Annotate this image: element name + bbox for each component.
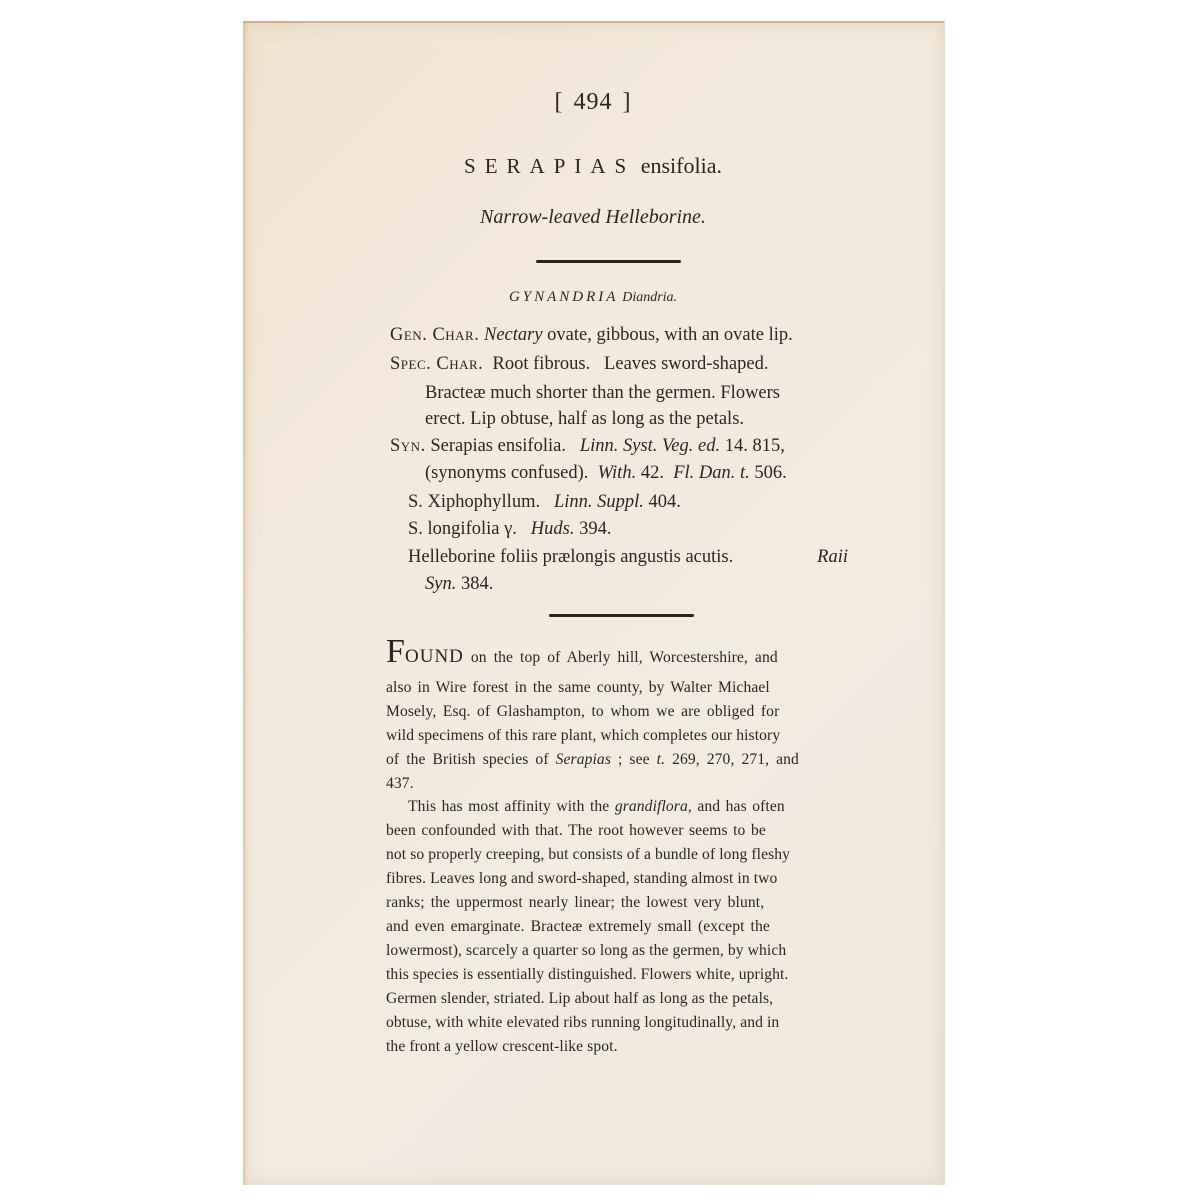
specific-character: Spec. Char. Root fibrous. Leaves sword-s…	[390, 354, 768, 375]
paragraph-line: also in Wire forest in the same county, …	[386, 679, 770, 697]
class-name: GYNANDRIA	[509, 289, 619, 305]
book-page: [494] SERAPIAS ensifolia. Narrow-leaved …	[243, 21, 945, 1185]
species-epithet: ensifolia.	[641, 153, 722, 178]
classification: GYNANDRIA Diandria.	[243, 289, 943, 306]
synonym-entry: Helleborine foliis prælongis angustis ac…	[408, 547, 848, 568]
species-title: SERAPIAS ensifolia.	[243, 153, 943, 179]
drop-cap: F	[386, 633, 405, 670]
syn-label: Syn.	[390, 436, 426, 456]
specific-character-line: erect. Lip obtuse, half as long as the p…	[425, 409, 744, 430]
order-name: Diandria.	[622, 290, 677, 305]
divider-rule	[549, 614, 694, 617]
paragraph-line: been confounded with that. The root howe…	[386, 822, 766, 840]
genus-name: SERAPIAS	[464, 154, 635, 178]
gen-char-label: Gen. Char.	[390, 325, 479, 345]
synonym-entry: (synonyms confused). With. 42. Fl. Dan. …	[425, 463, 787, 484]
spec-char-label: Spec. Char.	[390, 354, 483, 374]
paragraph-line: obtuse, with white elevated ribs running…	[386, 1014, 779, 1032]
synonym-entry: S. Xiphophyllum. Linn. Suppl. 404.	[408, 492, 681, 513]
paragraph-line: not so properly creeping, but consists o…	[386, 846, 790, 864]
paragraph-line: Germen slender, striated. Lip about half…	[386, 990, 773, 1008]
paragraph-line: Mosely, Esq. of Glashampton, to whom we …	[386, 703, 779, 721]
paragraph-line: 437.	[386, 775, 414, 793]
page-number-value: 494	[574, 89, 613, 115]
paragraph-line: of the British species of Serapias ; see…	[386, 751, 799, 769]
divider-rule	[536, 260, 681, 263]
paragraph-line: FOUND on the top of Aberly hill, Worcest…	[386, 635, 778, 669]
paragraph-line: lowermost), scarcely a quarter so long a…	[386, 942, 786, 960]
common-name: Narrow-leaved Helleborine.	[243, 206, 943, 229]
synonym-entry: Syn. Serapias ensifolia. Linn. Syst. Veg…	[390, 436, 785, 457]
page-number: [494]	[243, 89, 943, 116]
paragraph-line: and even emarginate. Bracteæ extremely s…	[386, 918, 770, 936]
paragraph-line: the front a yellow crescent-like spot.	[386, 1038, 618, 1056]
synonym-entry: S. longifolia γ. Huds. 394.	[408, 519, 611, 540]
paragraph-line: ranks; the uppermost nearly linear; the …	[386, 894, 764, 912]
specific-character-line: Bracteæ much shorter than the germen. Fl…	[425, 383, 780, 404]
paragraph-line: wild specimens of this rare plant, which…	[386, 727, 780, 745]
generic-character: Gen. Char. Nectary ovate, gibbous, with …	[390, 325, 793, 346]
synonym-entry: Syn. 384.	[425, 574, 493, 595]
paragraph-line: this species is essentially distinguishe…	[386, 966, 788, 984]
paragraph-line: This has most affinity with the grandifl…	[408, 798, 785, 816]
paragraph-line: fibres. Leaves long and sword-shaped, st…	[386, 870, 777, 888]
